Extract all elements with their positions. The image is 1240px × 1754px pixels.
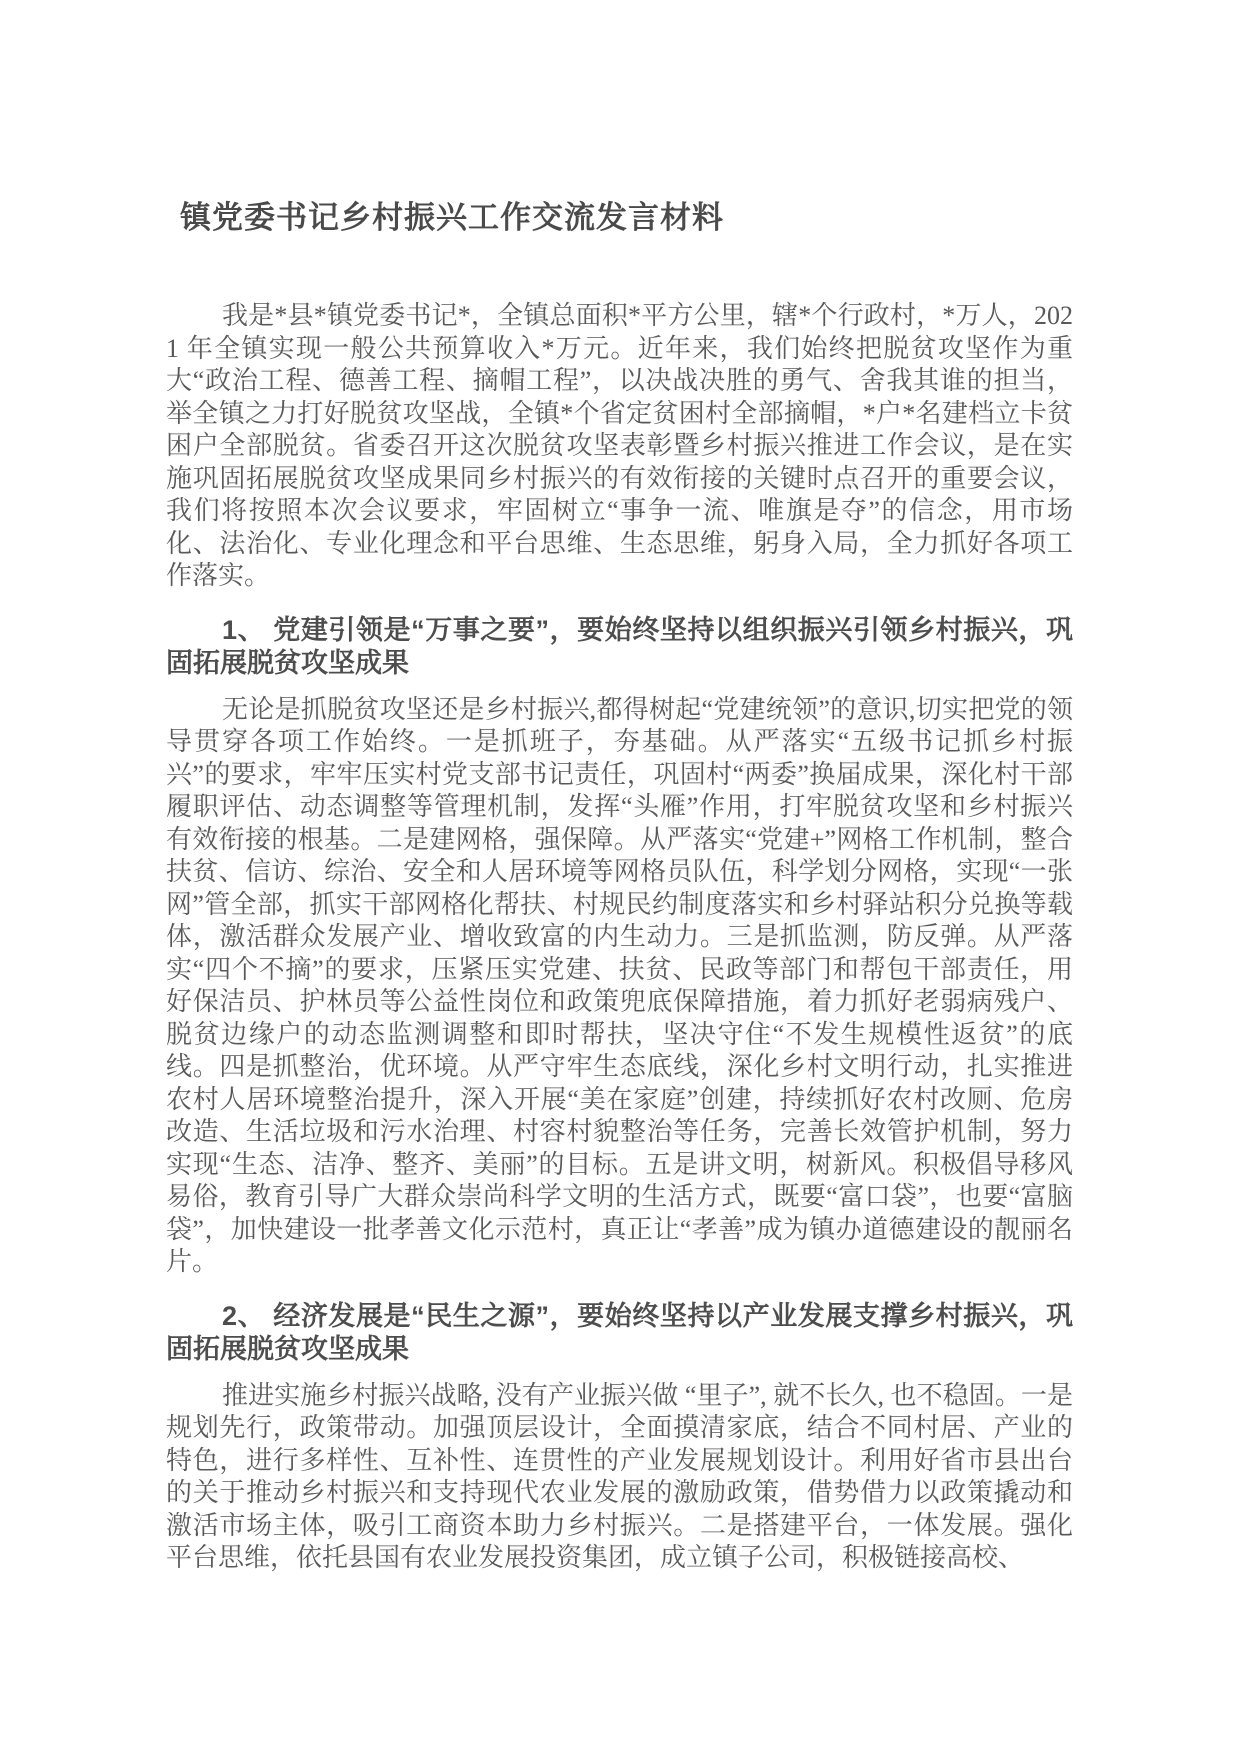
section-1-heading: 1、 党建引领是“万事之要”，要始终坚持以组织振兴引领乡村振兴，巩固拓展脱贫攻坚…	[166, 614, 1073, 680]
section-2-body: 推进实施乡村振兴战略, 没有产业振兴做 “里子”, 就不长久, 也不稳固。一是规…	[166, 1380, 1073, 1575]
section-1-body: 无论是抓脱贫攻坚还是乡村振兴,都得树起“党建统领”的意识,切实把党的领导贯穿各项…	[166, 694, 1073, 1279]
document-page: 镇党委书记乡村振兴工作交流发言材料 我是*县*镇党委书记*，全镇总面积*平方公里…	[0, 0, 1240, 1754]
intro-paragraph: 我是*县*镇党委书记*，全镇总面积*平方公里，辖*个行政村，*万人，2021 年…	[166, 300, 1073, 593]
section-2-heading: 2、 经济发展是“民生之源”，要始终坚持以产业发展支撑乡村振兴，巩固拓展脱贫攻坚…	[166, 1300, 1073, 1366]
document-title: 镇党委书记乡村振兴工作交流发言材料	[166, 198, 1073, 238]
